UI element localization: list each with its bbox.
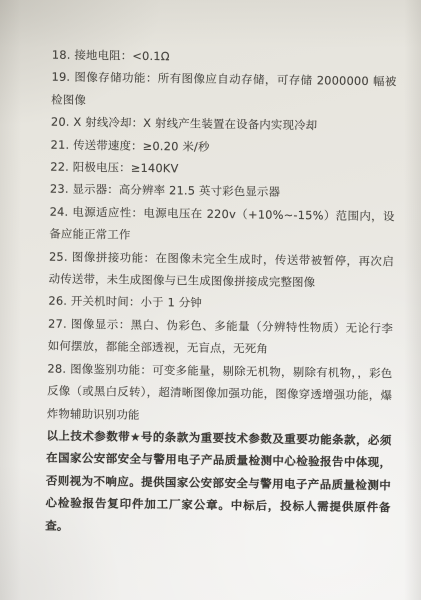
spec-item-19: 19. 图像存储功能：所有图像应自动存储，可存储 2000000 幅被检图像 (51, 66, 397, 116)
spec-item-28: 28. 图像鉴别功能：可变多能量，剔除无机物，剔除有机物，，彩色反像（或黑白反转… (47, 357, 393, 429)
spec-text-block: 18. 接地电阻：<0.1Ω 19. 图像存储功能：所有图像应自动存储，可存储 … (45, 44, 397, 542)
spec-item-27: 27. 图像显示：黑白、伪彩色、多能量（分辨特性物质）无论行李如何摆放，都能全部… (48, 312, 394, 362)
spec-item-25: 25. 图像拼接功能：在图像未完全生成时，传送带被暂停，再次启动传送带，未生成图… (49, 245, 395, 295)
scanned-document-photo: 18. 接地电阻：<0.1Ω 19. 图像存储功能：所有图像应自动存储，可存储 … (0, 0, 421, 600)
spec-item-24: 24. 电源适应性：电源电压在 220v（+10%~-15%）范围内，设备应能正… (49, 200, 395, 250)
important-notice: 以上技术参数带★号的条款为重要技术参数及重要功能条款，必须在国家公安部安全与警用… (45, 424, 392, 541)
